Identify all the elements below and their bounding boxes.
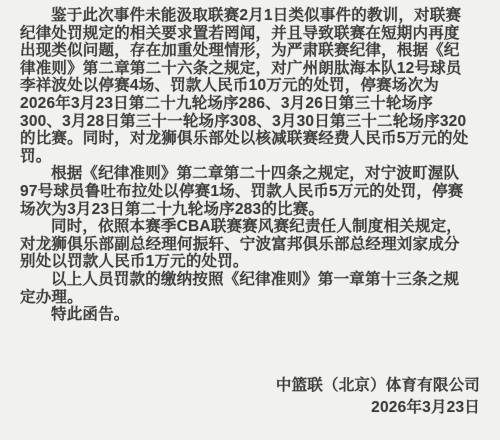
signature-block: 中篮联（北京）体育有限公司 2026年3月23日 xyxy=(20,375,480,419)
paragraph-penalty-ningbo: 根据《纪律准则》第二章第二十四条之规定，对宁波町渥队 97号球员鲁吐布拉处以停赛… xyxy=(20,165,480,218)
issuer-name: 中篮联（北京）体育有限公司 xyxy=(20,375,480,397)
issue-date: 2026年3月23日 xyxy=(20,397,480,419)
paragraph-closing: 特此函告。 xyxy=(20,306,480,324)
notice-document: 鉴于此次事件未能汲取联赛2月1日类似事件的教训，对联赛 纪律处罚规定的相关要求置… xyxy=(0,0,500,440)
paragraph-fine-payment: 以上人员罚款的缴纳按照《纪律准则》第一章第十三条之规 定办理。 xyxy=(20,271,480,306)
paragraph-penalty-guangzhou: 鉴于此次事件未能汲取联赛2月1日类似事件的教训，对联赛 纪律处罚规定的相关要求置… xyxy=(20,7,480,165)
paragraph-penalty-managers: 同时，依照本赛季CBA联赛赛风赛纪责任人制度相关规定， 对龙狮俱乐部副总经理何振… xyxy=(20,218,480,271)
